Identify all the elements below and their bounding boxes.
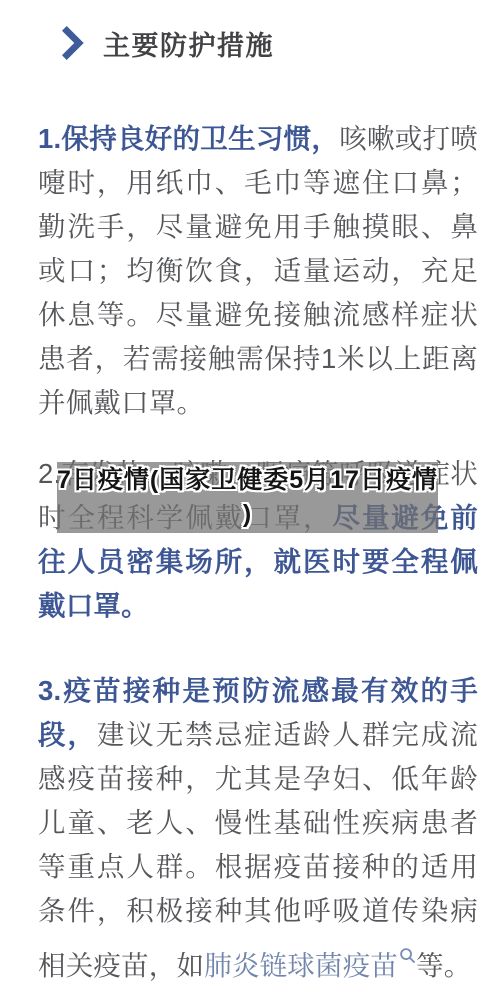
item-3-tail: 等。 [416,950,471,981]
section-title: 主要防护措施 [103,24,274,63]
overlay-title-line2: ) [57,497,438,531]
overlay-title: 7日疫情(国家卫健委5月17日疫情 ) [57,462,438,533]
overlay-title-line1: 7日疫情(国家卫健委5月17日疫情 [57,463,438,497]
item-1-body: 咳嗽或打喷嚏时，用纸巾、毛巾等遮住口鼻；勤洗手，尽量避免用手触摸眼、鼻或口；均衡… [38,123,478,418]
search-icon[interactable] [399,933,416,977]
section-header: 主要防护措施 [0,0,500,64]
item-1-lead: 1.保持良好的卫生习惯， [38,123,339,154]
measure-item-3: 3.疫苗接种是预防流感最有效的手段，建议无禁忌症适龄人群完成流感疫苗接种，尤其是… [0,669,500,988]
article-page: 主要防护措施 1.保持良好的卫生习惯，咳嗽或打喷嚏时，用纸巾、毛巾等遮住口鼻；勤… [0,0,500,997]
measure-item-1: 1.保持良好的卫生习惯，咳嗽或打喷嚏时，用纸巾、毛巾等遮住口鼻；勤洗手，尽量避免… [0,117,500,425]
chevron-right-icon [55,22,87,64]
pneumococcal-vaccine-link[interactable]: 肺炎链球菌疫苗 [204,950,398,981]
